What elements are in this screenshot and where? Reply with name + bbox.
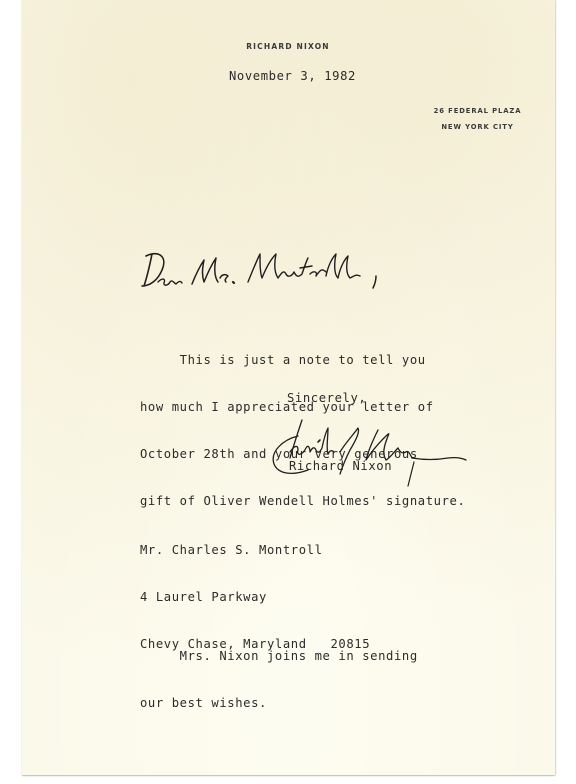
letterhead-name: RICHARD NIXON <box>0 42 576 51</box>
recipient-line: Mr. Charles S. Montroll <box>140 543 370 559</box>
letterhead-address: 26 FEDERAL PLAZA NEW YORK CITY <box>420 103 535 135</box>
letterhead-address-line: 26 FEDERAL PLAZA <box>420 103 535 119</box>
recipient-address: Mr. Charles S. Montroll 4 Laurel Parkway… <box>140 511 370 669</box>
body-line: our best wishes. <box>140 696 465 712</box>
body-line: This is just a note to tell you <box>140 353 465 369</box>
recipient-line: Chevy Chase, Maryland 20815 <box>140 637 370 653</box>
handwritten-signature <box>268 418 473 490</box>
closing: Sincerely, <box>287 391 366 405</box>
handwritten-greeting <box>140 246 390 296</box>
signature-icon <box>268 418 473 490</box>
body-line: gift of Oliver Wendell Holmes' signature… <box>140 494 465 510</box>
signer-name: Richard Nixon <box>289 459 392 473</box>
handwriting-greeting-icon <box>140 246 390 296</box>
letterhead-address-line: NEW YORK CITY <box>420 119 535 135</box>
recipient-line: 4 Laurel Parkway <box>140 590 370 606</box>
letter-date: November 3, 1982 <box>229 69 356 83</box>
